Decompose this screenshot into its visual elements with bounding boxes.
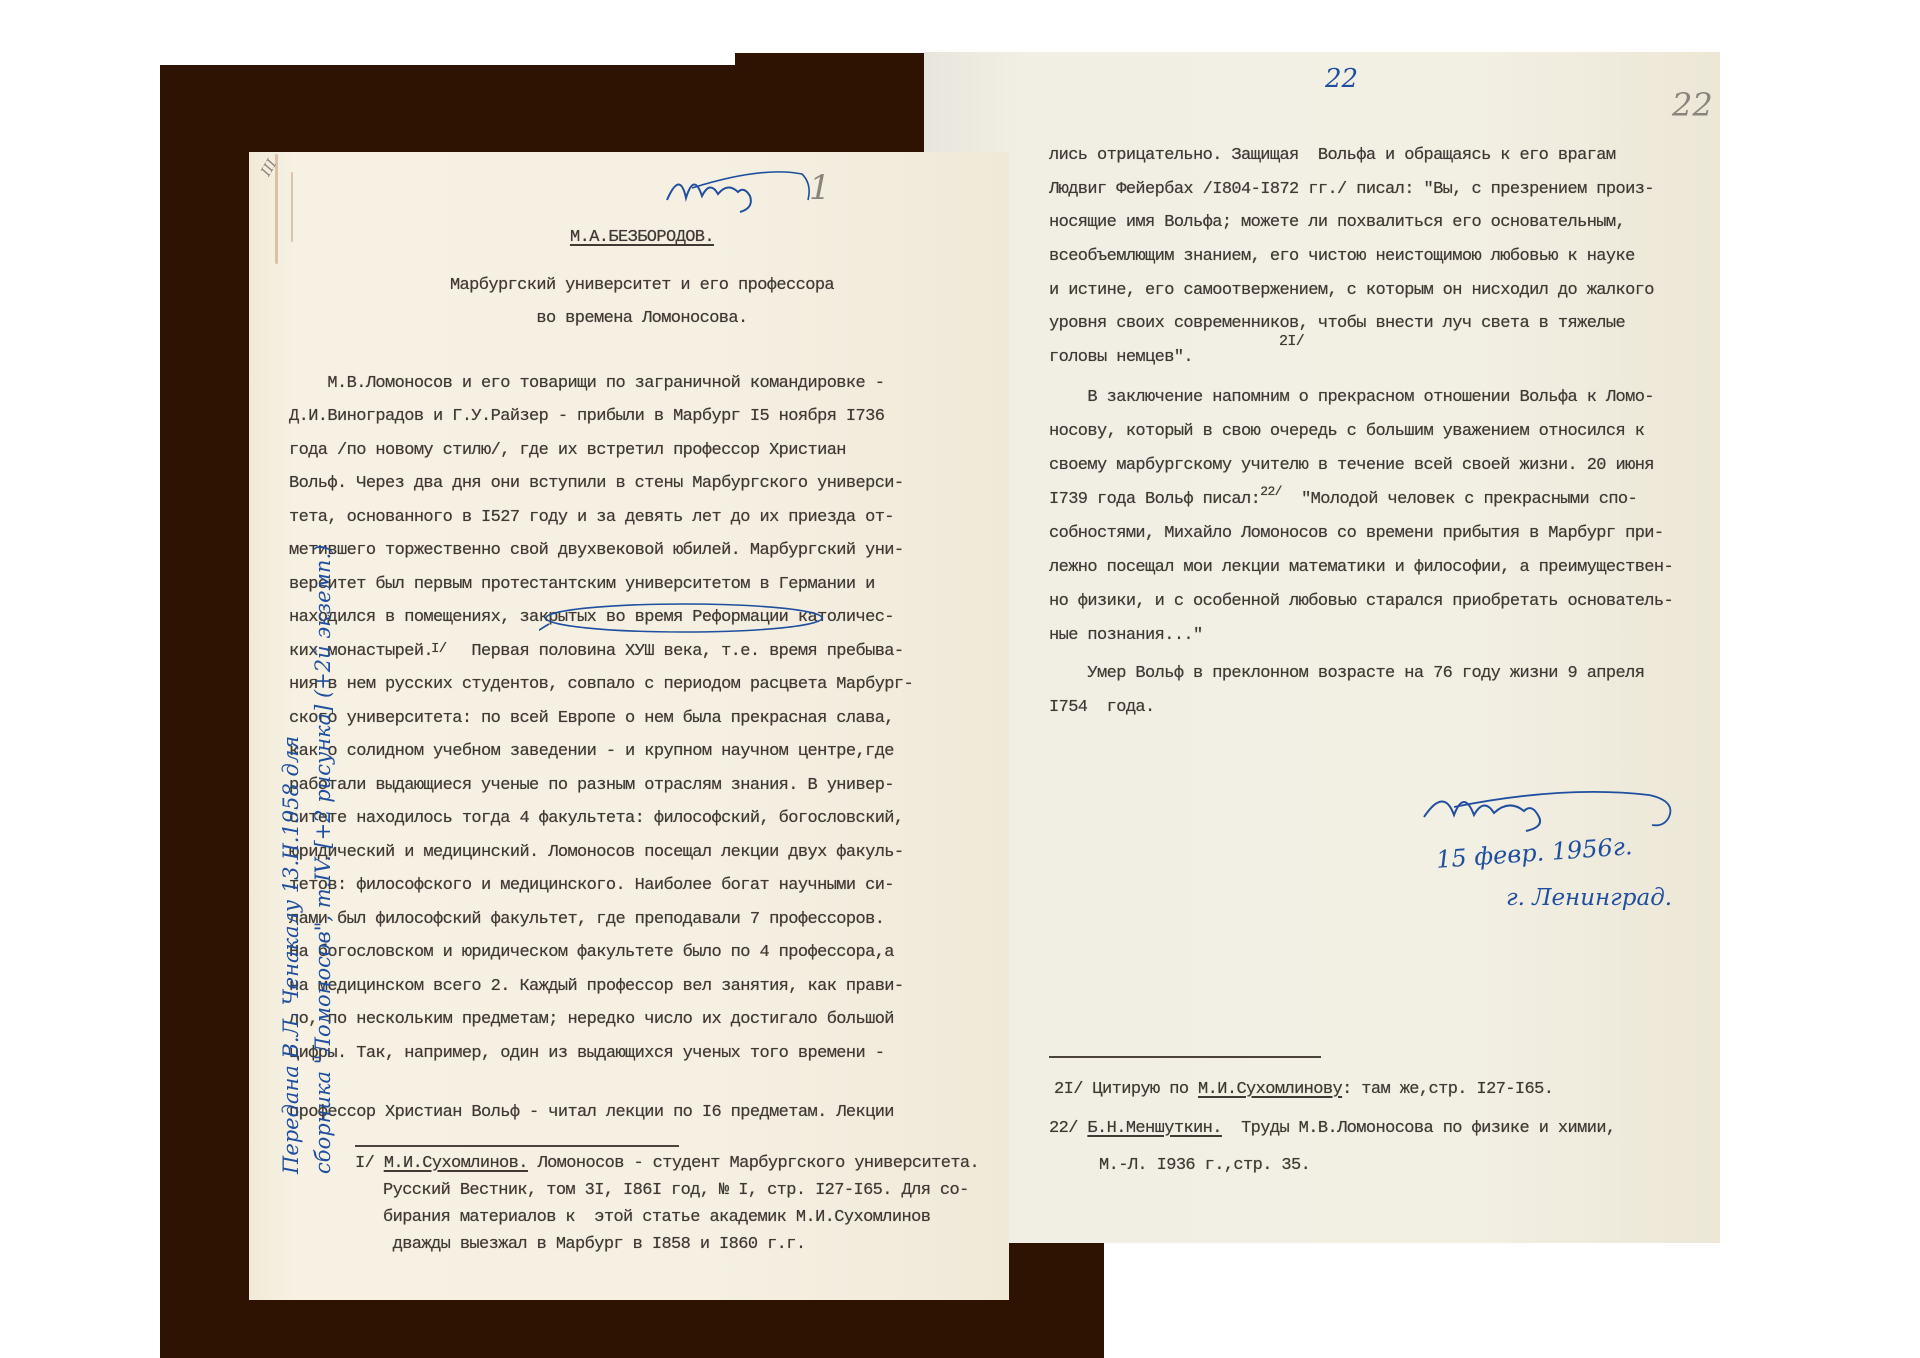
article-title-line1: Марбургский университет и его профессора bbox=[249, 276, 1009, 296]
body-line: но физики, и с особенной любовью старалс… bbox=[1049, 592, 1673, 612]
body-line: своему марбургскому учителю в течение вс… bbox=[1049, 456, 1654, 476]
body-line: уровня своих современников, чтобы внести… bbox=[1049, 314, 1625, 334]
footnote-author: Б.Н.Меншуткин. bbox=[1087, 1119, 1221, 1138]
body-line: ные познания..." bbox=[1049, 626, 1203, 646]
body-line: I739 года Вольф писал:22/ "Молодой челов… bbox=[1049, 490, 1637, 510]
margin-note: Передана В.Л. Ченакалу 13.II.1958 для сб… bbox=[275, 314, 339, 1174]
page-number-ink: 22 bbox=[1325, 64, 1358, 94]
footnote-text: : там же,стр. I27-I65. bbox=[1342, 1080, 1553, 1099]
body-line: на медицинском всего 2. Каждый профессор… bbox=[289, 977, 904, 997]
body-line: Вольф. Через два дня они вступили в стен… bbox=[289, 474, 904, 494]
page-mark: 1 bbox=[809, 168, 831, 208]
document-page-right: 22 22 лись отрицательно. Защищая Вольфа … bbox=[924, 52, 1720, 1243]
body-line: На богословском и юридическом факультете… bbox=[289, 943, 894, 963]
footnote-marker: 22/ bbox=[1049, 1119, 1078, 1138]
body-line: верситет был первым протестантским униве… bbox=[289, 575, 875, 595]
body-line: как о солидном учебном заведении - и кру… bbox=[289, 742, 894, 762]
author-name: М.А.БЕЗБОРОДОВ. bbox=[249, 228, 1009, 248]
circle-annotation-icon bbox=[539, 598, 829, 638]
footnote-text: Цитирую по bbox=[1083, 1080, 1198, 1099]
body-line: ского университета: по всей Европе о нем… bbox=[289, 709, 894, 729]
body-line: профессор Христиан Вольф - читал лекции … bbox=[289, 1103, 894, 1123]
footnote-text bbox=[1078, 1119, 1088, 1138]
body-line: носову, который в свою очередь с большим… bbox=[1049, 422, 1644, 442]
footnote-marker: I/ bbox=[355, 1154, 374, 1173]
margin-note-line2: сборника "Ломоносов", т.IV. [+2 рисунка]… bbox=[307, 314, 339, 1174]
body-line: и истине, его самоотвержением, с которым… bbox=[1049, 281, 1654, 301]
body-line: метившего торжественно свой двухвековой … bbox=[289, 541, 904, 561]
body-line: собностями, Михайло Ломоносов со времени… bbox=[1049, 524, 1664, 544]
body-line: I754 года. bbox=[1049, 698, 1155, 718]
body-line: тетов: философского и медицинского. Наиб… bbox=[289, 876, 894, 896]
page-number-pencil: 22 bbox=[1672, 86, 1713, 124]
body-line: В заключение напомним о прекрасном отнош… bbox=[1049, 388, 1654, 408]
body-line: цифры. Так, например, один из выдающихся… bbox=[289, 1044, 884, 1064]
body-line: юридический и медицинский. Ломоносов пос… bbox=[289, 843, 904, 863]
body-line: Людвиг Фейербах /I804-I872 гг./ писал: "… bbox=[1049, 180, 1654, 200]
signature-date: 15 февр. 1956г. bbox=[1435, 832, 1633, 874]
footnote-divider bbox=[355, 1145, 679, 1147]
signature-group: 15 февр. 1956г. г. Ленинград. bbox=[1414, 777, 1694, 927]
footnote-text: Труды М.В.Ломоносова по физике и химии, bbox=[1222, 1119, 1616, 1138]
signature-top-icon bbox=[662, 160, 832, 230]
footnote-1-line2: Русский Вестник, том 3I, I86I год, № I, … bbox=[383, 1181, 969, 1201]
body-line: работали выдающиеся ученые по разным отр… bbox=[289, 776, 894, 796]
footnote-1-line3: бирания материалов к этой статье академи… bbox=[383, 1208, 930, 1228]
document-page-left: III 1 М.А.БЕЗБОРОДОВ. Марбургский универ… bbox=[249, 152, 1009, 1300]
body-line: лежно посещал мои лекции математики и фи… bbox=[1049, 558, 1673, 578]
footnote-1: I/ М.И.Сухомлинов. Ломоносов - студент М… bbox=[355, 1154, 979, 1174]
body-line: лись отрицательно. Защищая Вольфа и обра… bbox=[1049, 146, 1616, 166]
body-line: носящие имя Вольфа; можете ли похвалитьс… bbox=[1049, 213, 1625, 233]
footnote-22: 22/ Б.Н.Меншуткин. Труды М.В.Ломоносова … bbox=[1049, 1119, 1616, 1139]
body-text: I739 года Вольф писал: bbox=[1049, 490, 1260, 509]
body-line: года /по новому стилю/, где их встретил … bbox=[289, 441, 846, 461]
footnote-ref: I/ bbox=[431, 639, 1009, 659]
footnote-ref: 2I/ bbox=[1279, 332, 1304, 352]
margin-note-line1: Передана В.Л. Ченакалу 13.II.1958 для bbox=[275, 314, 307, 1174]
body-text: "Молодой человек с прекрасными спо- bbox=[1282, 490, 1637, 509]
article-title-line2: во времена Ломоносова. bbox=[249, 309, 1009, 329]
signature-place: г. Ленинград. bbox=[1506, 885, 1672, 911]
footnote-1-line4: дважды выезжал в Марбург в I858 и I860 г… bbox=[383, 1235, 805, 1255]
body-line: Умер Вольф в преклонном возрасте на 76 г… bbox=[1049, 664, 1644, 684]
footnote-marker: 2I/ bbox=[1054, 1080, 1083, 1099]
body-line: Д.И.Виноградов и Г.У.Райзер - прибыли в … bbox=[289, 407, 884, 427]
body-line: ситете находилось тогда 4 факультета: фи… bbox=[289, 809, 904, 829]
footnote-ref: 22/ bbox=[1260, 484, 1282, 499]
body-line: тета, основанного в I527 году и за девят… bbox=[289, 508, 894, 528]
footnote-author: М.И.Сухомлинову bbox=[1198, 1080, 1342, 1099]
footnote-22-line2: М.-Л. I936 г.,стр. 35. bbox=[1099, 1156, 1310, 1176]
footnote-text: Ломоносов - студент Марбургского универс… bbox=[528, 1154, 979, 1173]
body-line: головы немцев". bbox=[1049, 348, 1193, 368]
body-line: ло, по нескольким предметам; нередко чис… bbox=[289, 1010, 894, 1030]
body-line: всеобъемлющим знанием, его чистою неисто… bbox=[1049, 247, 1635, 267]
body-line: М.В.Ломоносов и его товарищи по загранич… bbox=[289, 374, 884, 394]
footnote-author: М.И.Сухомлинов. bbox=[384, 1154, 528, 1173]
body-line: ния в нем русских студентов, совпало с п… bbox=[289, 675, 913, 695]
body-line: лами был философский факультет, где преп… bbox=[289, 910, 884, 930]
footnote-21: 2I/ Цитирую по М.И.Сухомлинову: там же,с… bbox=[1054, 1080, 1553, 1100]
footnote-divider bbox=[1049, 1056, 1321, 1058]
signature-flourish-icon bbox=[1414, 777, 1694, 837]
